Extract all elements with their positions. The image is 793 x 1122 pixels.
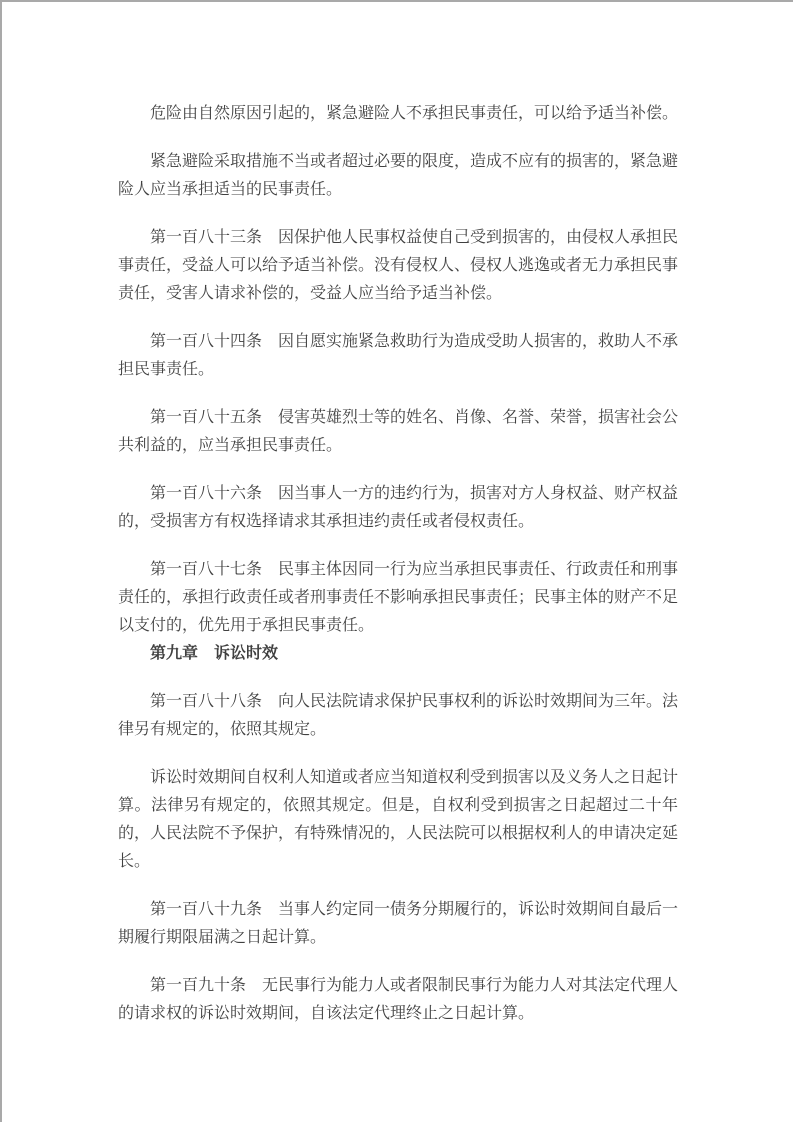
paragraph: 第一百八十四条 因自愿实施紧急救助行为造成受助人损害的，救助人不承担民事责任。	[118, 328, 678, 384]
paragraph: 诉讼时效期间自权利人知道或者应当知道权利受到损害以及义务人之日起计算。法律另有规…	[118, 764, 678, 876]
paragraph: 危险由自然原因引起的，紧急避险人不承担民事责任，可以给予适当补偿。	[118, 100, 678, 128]
paragraph: 第一百九十条 无民事行为能力人或者限制民事行为能力人对其法定代理人的请求权的诉讼…	[118, 972, 678, 1028]
document-content: 危险由自然原因引起的，紧急避险人不承担民事责任，可以给予适当补偿。紧急避险采取措…	[118, 2, 678, 1028]
paragraph: 第一百八十六条 因当事人一方的违约行为，损害对方人身权益、财产权益的，受损害方有…	[118, 480, 678, 536]
paragraph: 紧急避险采取措施不当或者超过必要的限度，造成不应有的损害的，紧急避险人应当承担适…	[118, 148, 678, 204]
paragraph: 第一百八十三条 因保护他人民事权益使自己受到损害的，由侵权人承担民事责任，受益人…	[118, 224, 678, 308]
paragraph: 第一百八十七条 民事主体因同一行为应当承担民事责任、行政责任和刑事责任的，承担行…	[118, 556, 678, 640]
paragraph: 第一百八十五条 侵害英雄烈士等的姓名、肖像、名誉、荣誉，损害社会公共利益的，应当…	[118, 404, 678, 460]
paragraph: 第一百八十八条 向人民法院请求保护民事权利的诉讼时效期间为三年。法律另有规定的，…	[118, 688, 678, 744]
paragraph: 第一百八十九条 当事人约定同一债务分期履行的，诉讼时效期间自最后一期履行期限届满…	[118, 896, 678, 952]
chapter-heading: 第九章 诉讼时效	[118, 640, 678, 668]
document-page: 危险由自然原因引起的，紧急避险人不承担民事责任，可以给予适当补偿。紧急避险采取措…	[2, 2, 793, 1122]
